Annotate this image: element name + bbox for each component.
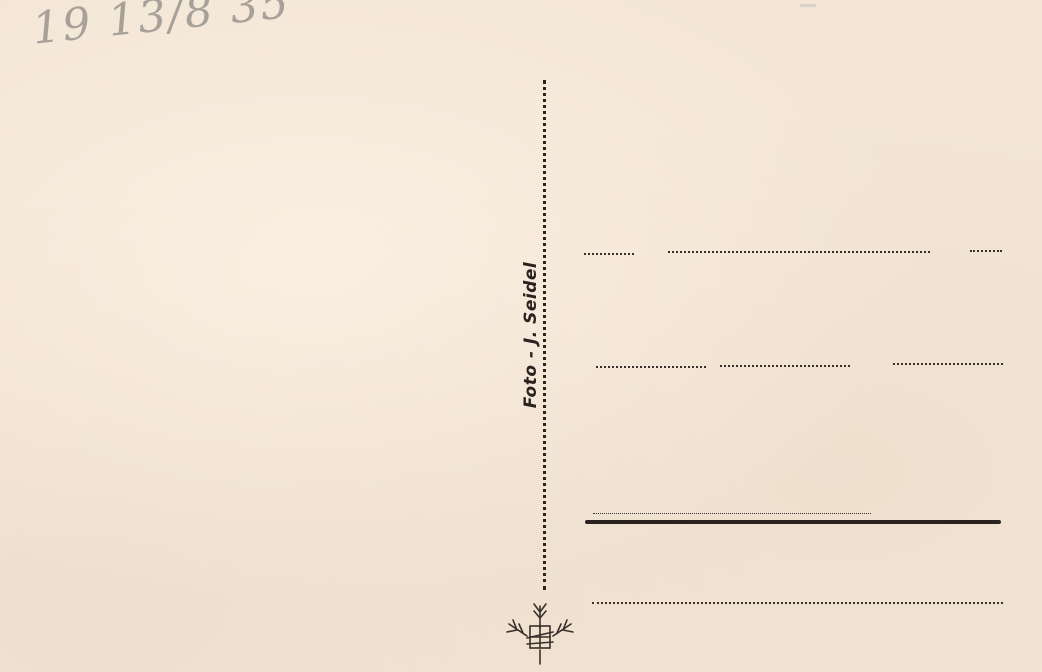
publisher-emblem-icon (503, 598, 577, 666)
center-divider (543, 80, 546, 590)
scan-mark (800, 4, 816, 7)
address-line-3-dotted (593, 513, 871, 514)
address-line-4 (592, 602, 1003, 604)
address-line-2a (596, 366, 706, 368)
address-line-1c (970, 250, 1002, 252)
address-line-2c (893, 363, 1003, 365)
photo-credit: Foto - J. Seidel (521, 262, 541, 409)
address-line-1a (584, 253, 634, 255)
address-line-2b (720, 365, 850, 367)
handwritten-note: 19 13/8 35 (30, 0, 293, 55)
address-line-1b (668, 251, 930, 253)
address-line-3-solid (585, 520, 1001, 524)
